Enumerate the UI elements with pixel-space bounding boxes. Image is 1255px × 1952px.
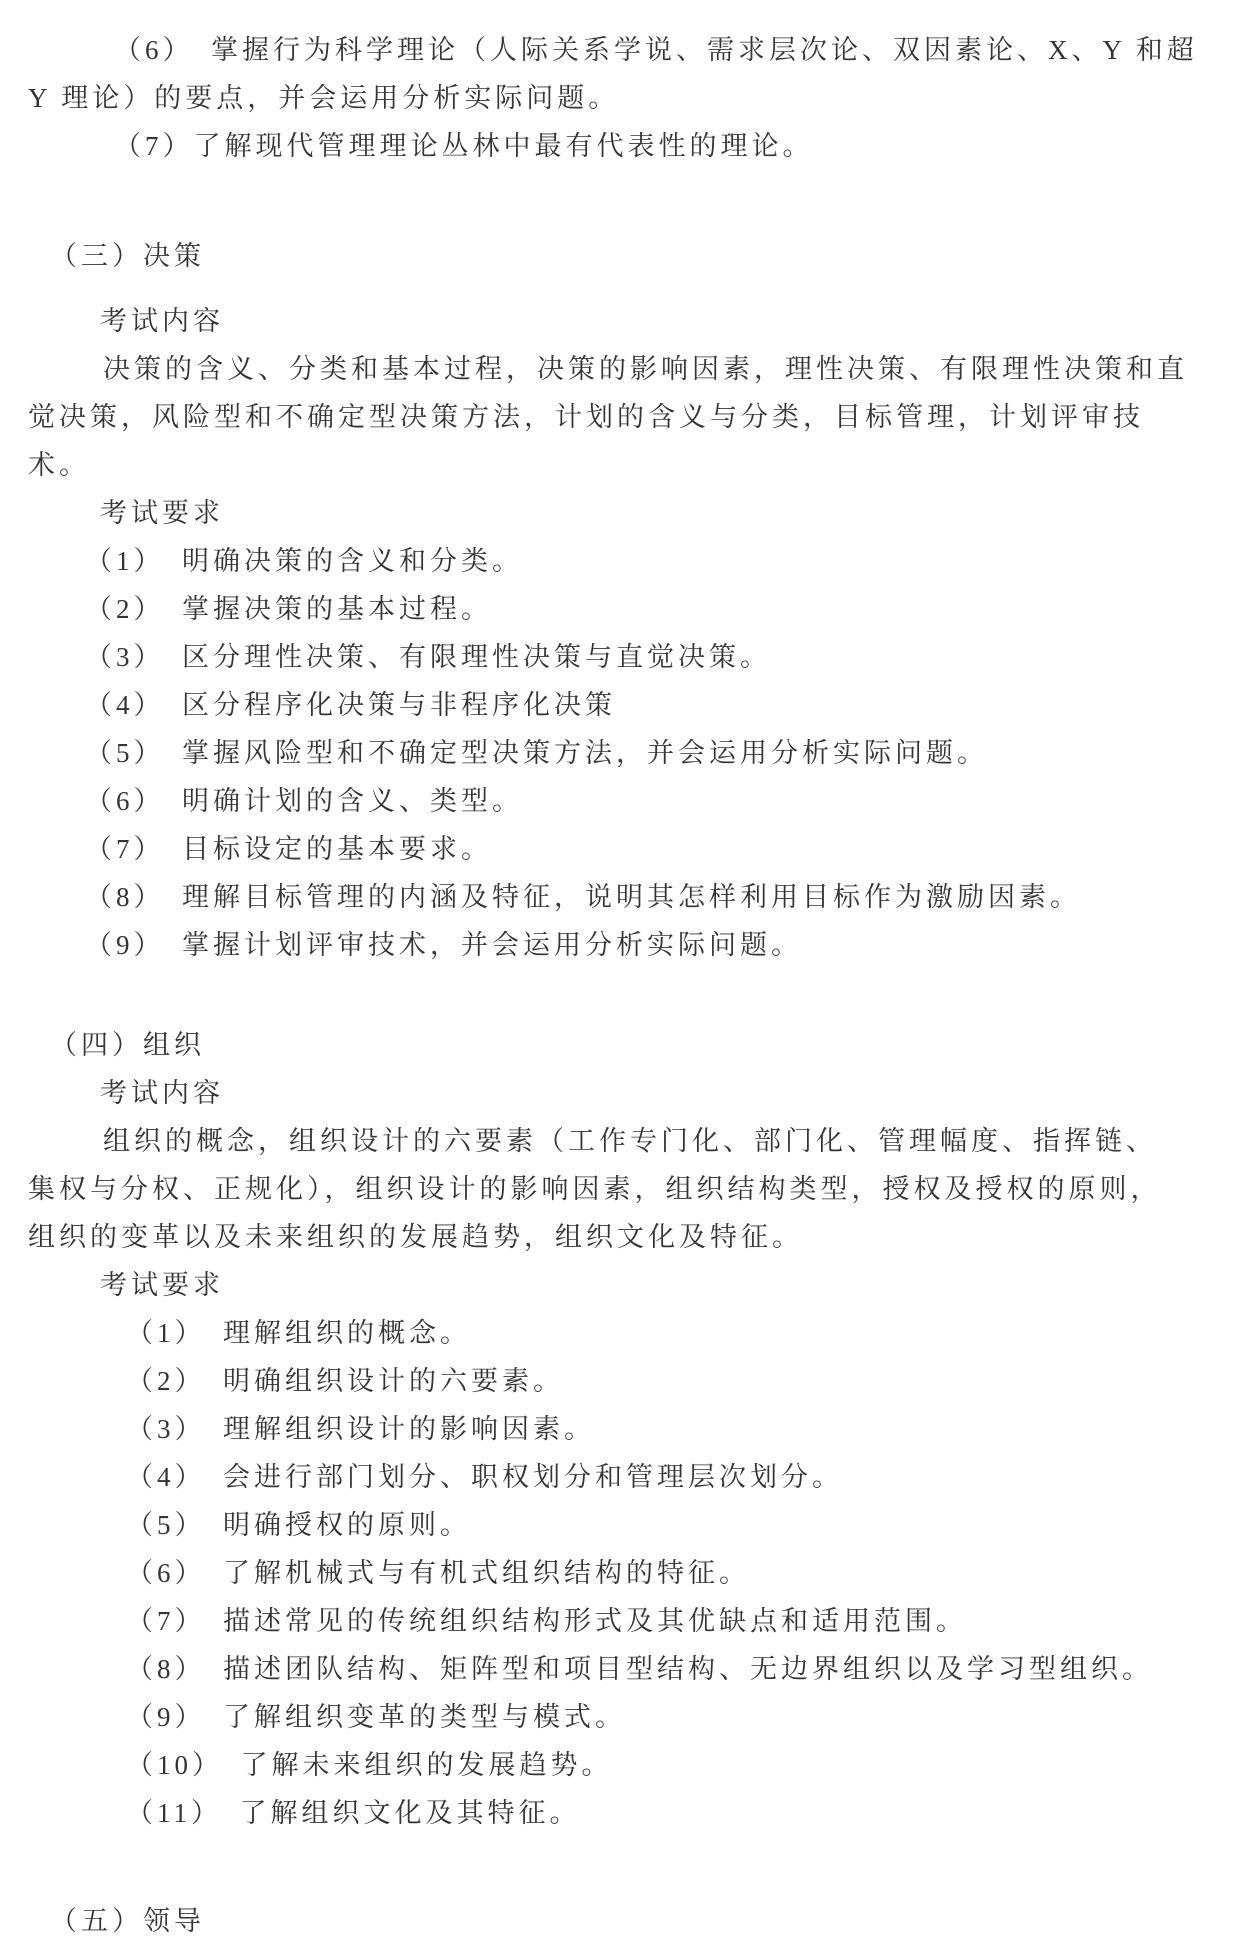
- carryover-item-6-line-2: Y 理论）的要点，并会运用分析实际问题。: [28, 74, 1255, 122]
- requirement-item: （6） 明确计划的含义、类型。: [85, 777, 1255, 825]
- exam-requirements-label: 考试要求: [100, 1261, 1255, 1309]
- requirement-item: （2） 明确组织设计的六要素。: [126, 1357, 1255, 1405]
- requirement-item: （4） 区分程序化决策与非程序化决策: [85, 681, 1255, 729]
- requirement-item: （9） 掌握计划评审技术，并会运用分析实际问题。: [85, 921, 1255, 969]
- exam-content-line: 术。: [28, 441, 1255, 489]
- exam-content-line: 组织的概念，组织设计的六要素（工作专门化、部门化、管理幅度、指挥链、: [103, 1117, 1255, 1165]
- requirement-item: （2） 掌握决策的基本过程。: [85, 585, 1255, 633]
- requirement-item: （10） 了解未来组织的发展趋势。: [126, 1741, 1255, 1789]
- requirement-item: （5） 掌握风险型和不确定型决策方法，并会运用分析实际问题。: [85, 729, 1255, 777]
- exam-content-line: 集权与分权、正规化），组织设计的影响因素，组织结构类型，授权及授权的原则，: [28, 1165, 1255, 1213]
- section-heading-organization: （四）组织: [50, 1021, 1255, 1069]
- exam-requirements-label: 考试要求: [100, 489, 1255, 537]
- requirement-item: （11） 了解组织文化及其特征。: [126, 1789, 1255, 1837]
- requirement-item: （7） 目标设定的基本要求。: [85, 825, 1255, 873]
- syllabus-page: （6） 掌握行为科学理论（人际关系学说、需求层次论、双因素论、X、Y 和超 Y …: [0, 0, 1255, 1952]
- requirement-item: （6） 了解机械式与有机式组织结构的特征。: [126, 1549, 1255, 1597]
- requirement-item: （3） 理解组织设计的影响因素。: [126, 1405, 1255, 1453]
- requirement-item: （4） 会进行部门划分、职权划分和管理层次划分。: [126, 1453, 1255, 1501]
- exam-content-line: 觉决策，风险型和不确定型决策方法，计划的含义与分类，目标管理，计划评审技: [28, 393, 1255, 441]
- requirement-item: （8） 理解目标管理的内涵及特征，说明其怎样利用目标作为激励因素。: [85, 873, 1255, 921]
- requirement-item: （3） 区分理性决策、有限理性决策与直觉决策。: [85, 633, 1255, 681]
- exam-content-line: 决策的含义、分类和基本过程，决策的影响因素，理性决策、有限理性决策和直: [103, 345, 1255, 393]
- section-heading-leadership: （五）领导: [50, 1897, 1255, 1945]
- exam-content-line: 组织的变革以及未来组织的发展趋势，组织文化及特征。: [28, 1213, 1255, 1261]
- carryover-item-6-line-1: （6） 掌握行为科学理论（人际关系学说、需求层次论、双因素论、X、Y 和超: [114, 26, 1255, 74]
- carryover-item-7: （7）了解现代管理理论丛林中最有代表性的理论。: [114, 122, 1255, 170]
- exam-content-label: 考试内容: [100, 1069, 1255, 1117]
- requirement-item: （7） 描述常见的传统组织结构形式及其优缺点和适用范围。: [126, 1597, 1255, 1645]
- section-heading-decision: （三）决策: [50, 232, 1255, 280]
- requirement-item: （1） 理解组织的概念。: [126, 1309, 1255, 1357]
- requirement-item: （8） 描述团队结构、矩阵型和项目型结构、无边界组织以及学习型组织。: [126, 1645, 1255, 1693]
- requirement-item: （9） 了解组织变革的类型与模式。: [126, 1693, 1255, 1741]
- exam-content-label: 考试内容: [100, 297, 1255, 345]
- requirement-item: （5） 明确授权的原则。: [126, 1501, 1255, 1549]
- requirement-item: （1） 明确决策的含义和分类。: [85, 537, 1255, 585]
